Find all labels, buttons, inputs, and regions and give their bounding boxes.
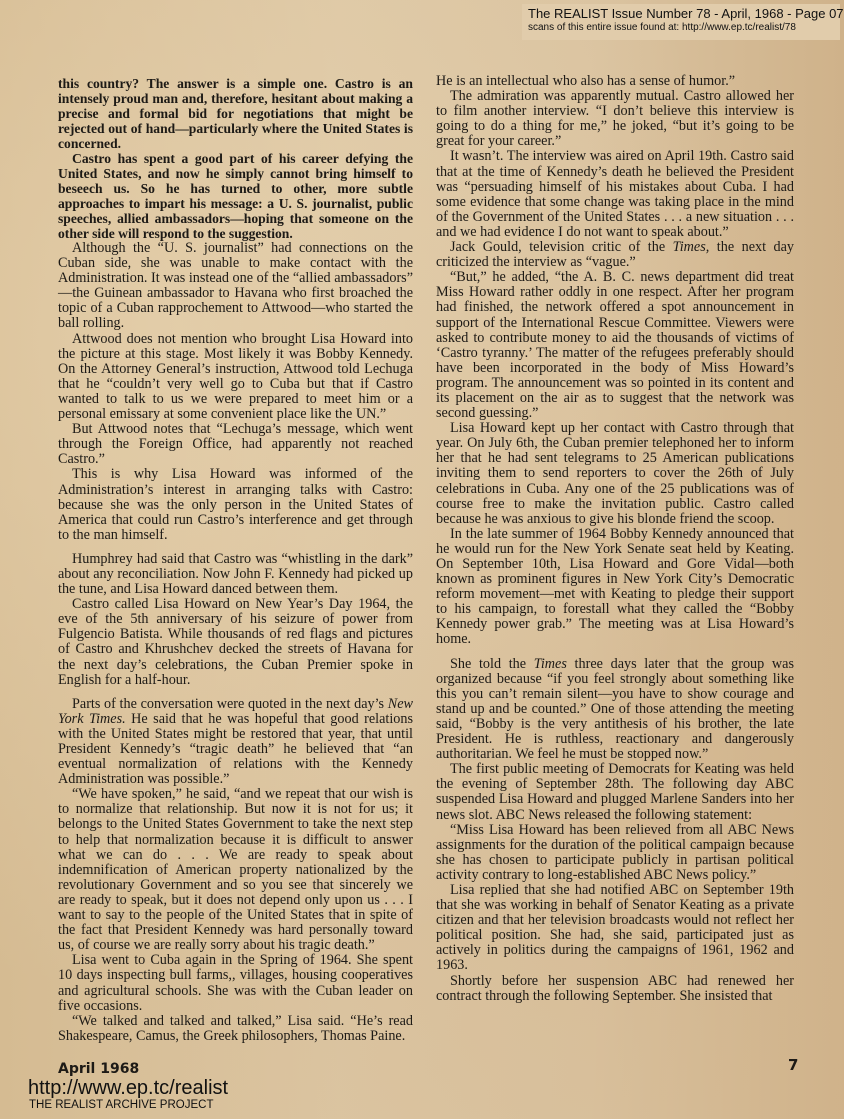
article-paragraph: The first public meeting of Democrats fo…: [436, 762, 794, 822]
banner-title: The REALIST Issue Number 78 - April, 196…: [528, 6, 840, 21]
article-paragraph: This is why Lisa Howard was informed of …: [58, 467, 413, 542]
article-paragraph: The admiration was apparently mutual. Ca…: [436, 89, 794, 149]
article-paragraph: Castro has spent a good part of his care…: [58, 151, 413, 241]
page-number: 7: [788, 1056, 798, 1074]
italic-publication-name: Times,: [673, 239, 710, 255]
article-paragraph: Attwood does not mention who brought Lis…: [58, 332, 413, 423]
italic-publication-name: New York Times.: [58, 696, 413, 727]
article-paragraph: “Miss Lisa Howard has been relieved from…: [436, 823, 794, 883]
archive-banner: The REALIST Issue Number 78 - April, 196…: [522, 4, 840, 40]
article-paragraph: Humphrey had said that Castro was “whist…: [58, 552, 413, 597]
article-paragraph: Although the “U. S. journalist” had conn…: [58, 241, 413, 332]
archive-url-link[interactable]: http://www.ep.tc/realist: [28, 1077, 228, 1100]
left-column: this country? The answer is a simple one…: [58, 76, 413, 1044]
article-paragraph: Parts of the conversation were quoted in…: [58, 697, 413, 788]
article-paragraph: Shortly before her suspension ABC had re…: [436, 974, 794, 1004]
article-paragraph: Castro called Lisa Howard on New Year’s …: [58, 597, 413, 688]
issue-date: April 1968: [58, 1061, 139, 1077]
article-paragraph: It wasn’t. The interview was aired on Ap…: [436, 149, 794, 240]
article-paragraph: But Attwood notes that “Lechuga’s messag…: [58, 422, 413, 467]
article-paragraph: “We have spoken,” he said, “and we repea…: [58, 787, 413, 953]
article-paragraph: “We talked and talked and talked,” Lisa …: [58, 1014, 413, 1044]
article-paragraph: Jack Gould, television critic of the Tim…: [436, 240, 794, 270]
article-paragraph: this country? The answer is a simple one…: [58, 76, 413, 151]
article-paragraph: She told the Times three days later that…: [436, 657, 794, 763]
article-paragraph: In the late summer of 1964 Bobby Kennedy…: [436, 527, 794, 648]
article-paragraph: Lisa went to Cuba again in the Spring of…: [58, 953, 413, 1013]
italic-publication-name: Times: [534, 656, 567, 672]
article-paragraph: Lisa Howard kept up her contact with Cas…: [436, 421, 794, 527]
article-paragraph: “But,” he added, “the A. B. C. news depa…: [436, 270, 794, 421]
article-paragraph: Lisa replied that she had notified ABC o…: [436, 883, 794, 974]
banner-subtitle: scans of this entire issue found at: htt…: [528, 21, 840, 34]
article-paragraph: He is an intellectual who also has a sen…: [436, 74, 794, 89]
right-column: He is an intellectual who also has a sen…: [436, 74, 794, 1004]
archive-project-name: THE REALIST ARCHIVE PROJECT: [29, 1099, 213, 1111]
